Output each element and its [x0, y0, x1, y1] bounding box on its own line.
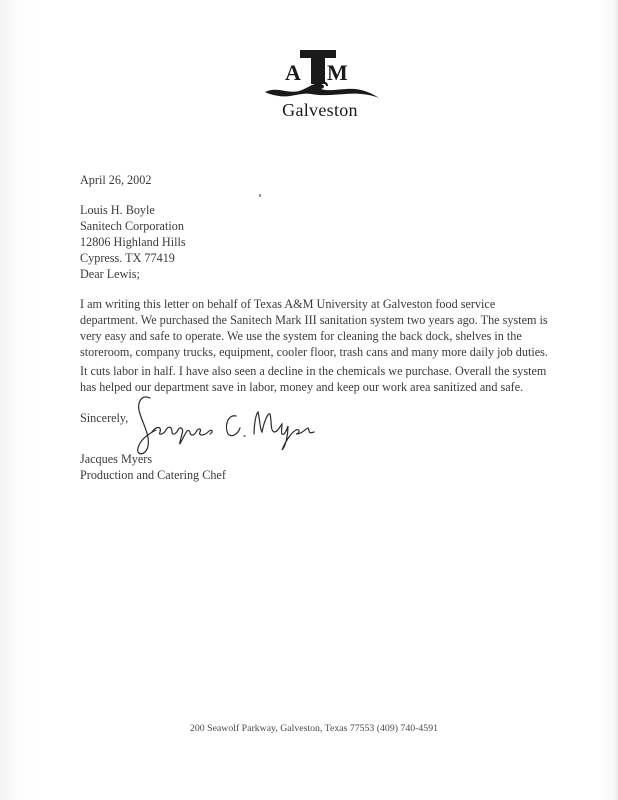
- letter-date: April 26, 2002: [80, 172, 151, 188]
- recipient-company: Sanitech Corporation: [80, 218, 186, 234]
- signer-name: Jacques Myers: [80, 451, 226, 467]
- signer-title: Production and Catering Chef: [80, 467, 226, 483]
- paragraph-line: I am writing this letter on behalf of Te…: [80, 296, 548, 312]
- letter-page: A M Galveston April 26, 2002 Louis H. Bo…: [0, 0, 618, 800]
- salutation: Dear Lewis;: [80, 266, 140, 282]
- recipient-city: Cypress. TX 77419: [80, 250, 186, 266]
- recipient-address: Louis H. Boyle Sanitech Corporation 1280…: [80, 202, 186, 266]
- closing: Sincerely,: [80, 410, 128, 426]
- recipient-name: Louis H. Boyle: [80, 202, 186, 218]
- recipient-street: 12806 Highland Hills: [80, 234, 186, 250]
- university-logo: A M Galveston: [255, 48, 385, 128]
- signer-block: Jacques Myers Production and Catering Ch…: [80, 451, 226, 483]
- paragraph-line: department. We purchased the Sanitech Ma…: [80, 312, 548, 328]
- atm-wave-logo-icon: A M: [255, 48, 385, 104]
- paper-speck: [259, 194, 261, 197]
- paragraph-line: storeroom, company trucks, equipment, co…: [80, 344, 548, 360]
- paragraph-line: It cuts labor in half. I have also seen …: [80, 363, 546, 379]
- body-paragraph-2: It cuts labor in half. I have also seen …: [80, 363, 546, 395]
- footer-address: 200 Seawolf Parkway, Galveston, Texas 77…: [0, 723, 618, 734]
- logo-letter-m: M: [327, 60, 348, 85]
- paragraph-line: very easy and safe to operate. We use th…: [80, 328, 548, 344]
- body-paragraph-1: I am writing this letter on behalf of Te…: [80, 296, 548, 360]
- logo-letter-a: A: [285, 60, 301, 85]
- campus-name: Galveston: [255, 100, 385, 121]
